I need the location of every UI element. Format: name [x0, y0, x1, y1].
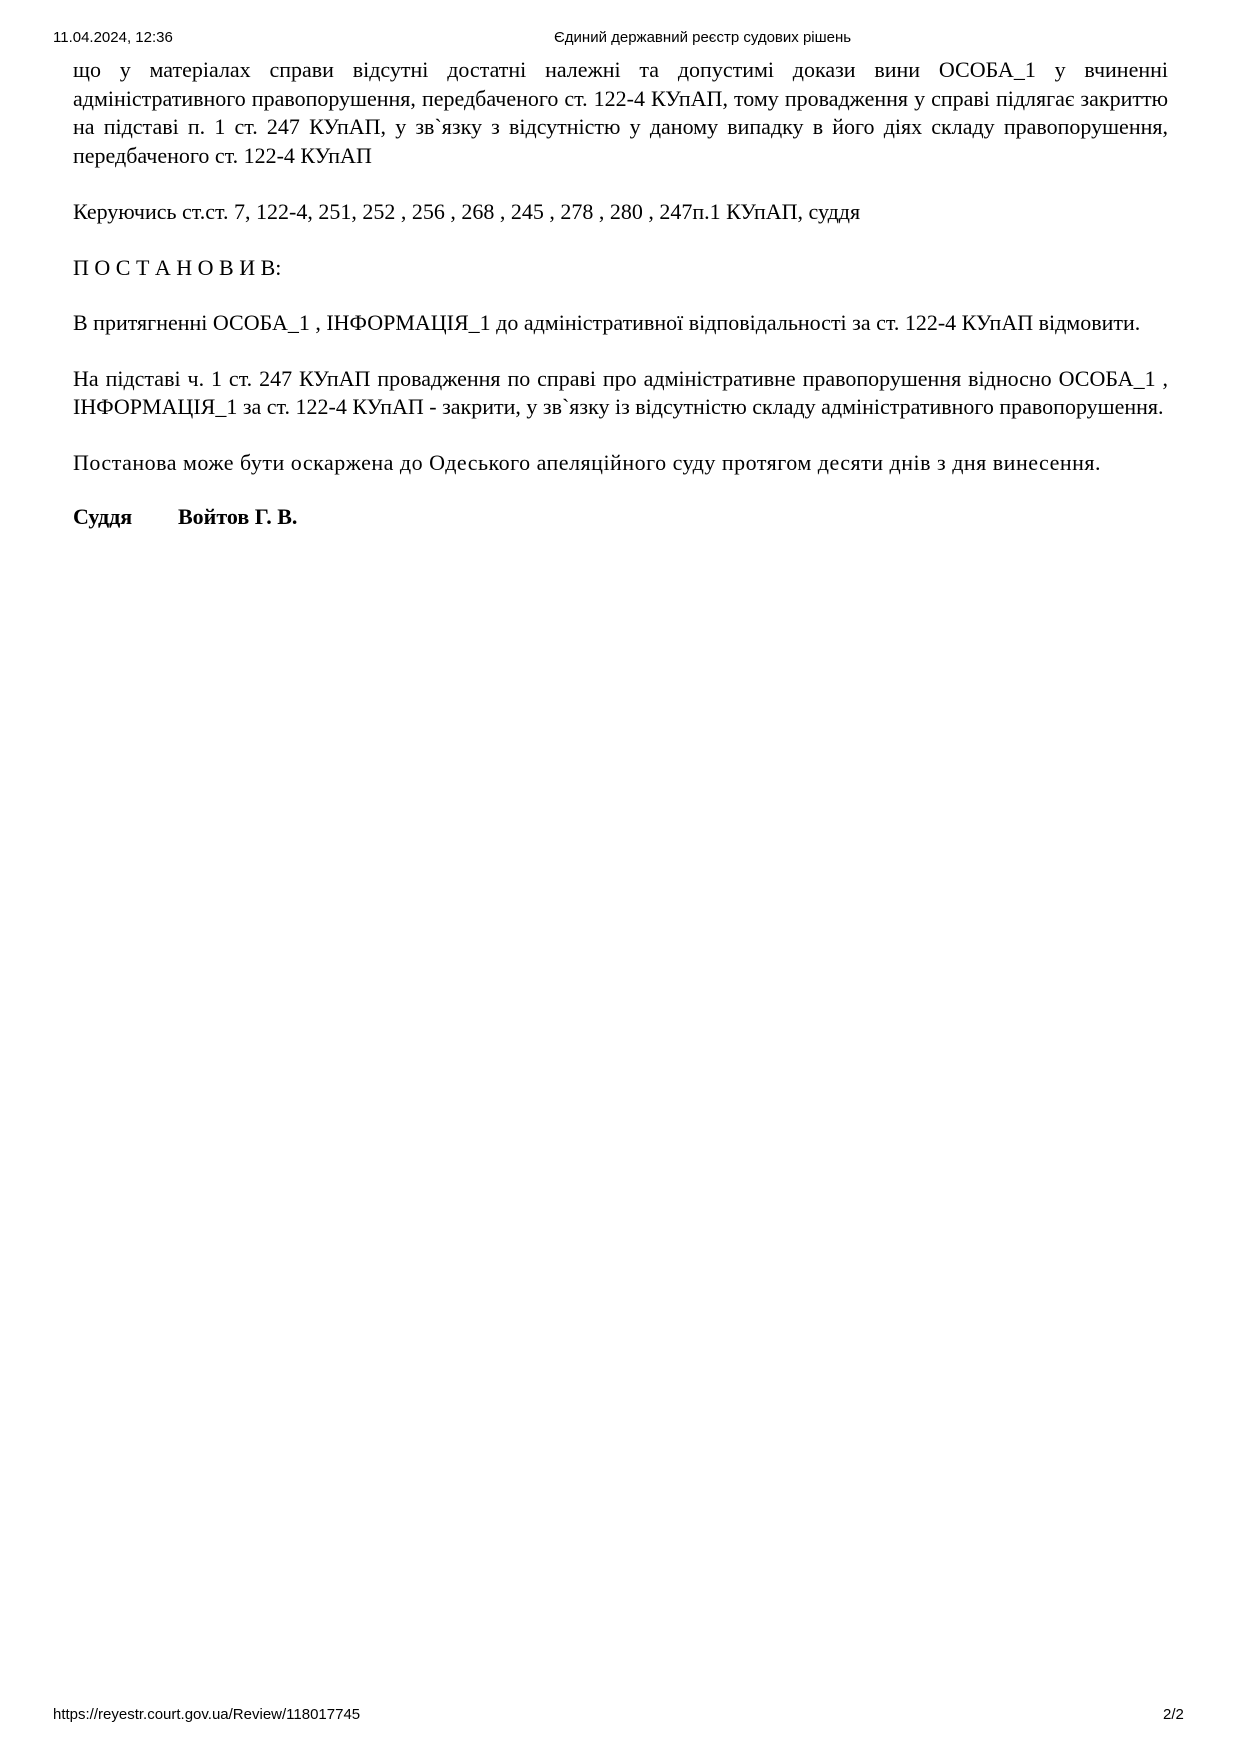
- paragraph-legal-basis: Керуючись ст.ст. 7, 122-4, 251, 252 , 25…: [73, 198, 1168, 227]
- paragraph-refusal: В притягненні ОСОБА_1 , ІНФОРМАЦІЯ_1 до …: [73, 309, 1168, 338]
- paragraph-appeal: Постанова може бути оскаржена до Одесько…: [73, 449, 1168, 478]
- page-number: 2/2: [1163, 1705, 1184, 1725]
- site-title: Єдиний державний реєстр судових рішень: [554, 28, 851, 48]
- ruling-heading: П О С Т А Н О В И В:: [73, 254, 1168, 283]
- print-datetime: 11.04.2024, 12:36: [53, 28, 173, 48]
- print-footer: https://reyestr.court.gov.ua/Review/1180…: [0, 1705, 1240, 1725]
- document-body: що у матеріалах справи відсутні достатні…: [73, 56, 1168, 532]
- signature: СуддяВойтов Г. В.: [73, 503, 1168, 532]
- page-url: https://reyestr.court.gov.ua/Review/1180…: [53, 1705, 360, 1725]
- paragraph-closure: На підставі ч. 1 ст. 247 КУпАП проваджен…: [73, 365, 1168, 422]
- signature-role: Суддя: [73, 503, 178, 532]
- print-header: 11.04.2024, 12:36 Єдиний державний реєст…: [0, 28, 1240, 48]
- signature-name: Войтов Г. В.: [178, 504, 297, 529]
- paragraph-findings: що у матеріалах справи відсутні достатні…: [73, 56, 1168, 170]
